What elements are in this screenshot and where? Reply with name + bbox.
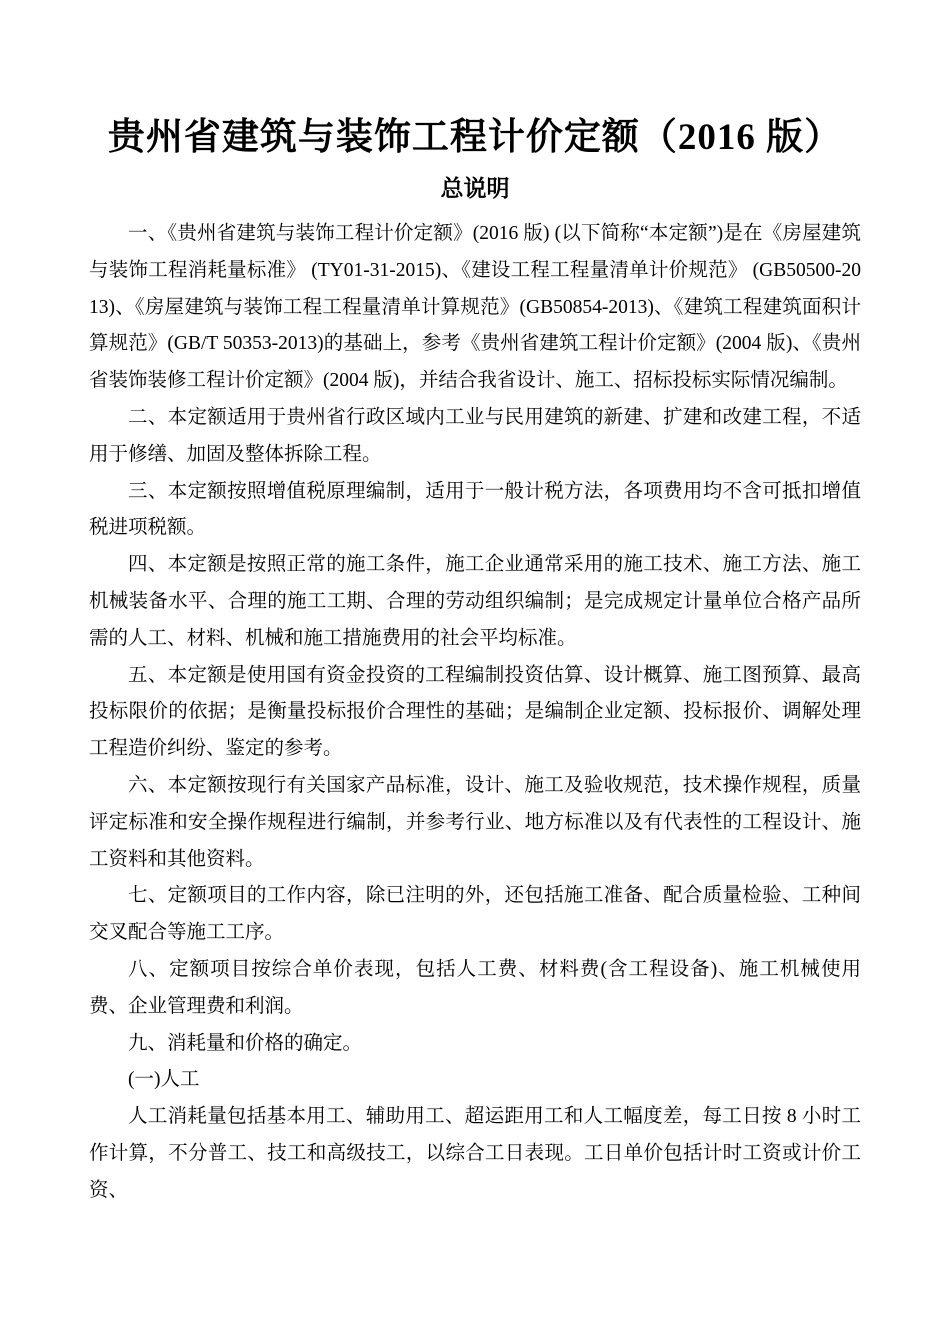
paragraph-4: 四、本定额是按照正常的施工条件，施工企业通常采用的施工技术、施工方法、施工机械装… — [89, 547, 861, 657]
paragraph-6: 六、本定额按现行有关国家产品标准，设计、施工及验收规范，技术操作规程，质量评定标… — [89, 768, 861, 878]
document-page: 贵州省建筑与装饰工程计价定额（2016 版） 总说明 一、《贵州省建筑与装饰工程… — [0, 0, 950, 1344]
paragraph-7: 七、定额项目的工作内容，除已注明的外，还包括施工准备、配合质量检验、工种间交叉配… — [89, 878, 861, 952]
paragraph-9: 九、消耗量和价格的确定。 — [89, 1026, 861, 1063]
paragraph-5: 五、本定额是使用国有资金投资的工程编制投资估算、设计概算、施工图预算、最高投标限… — [89, 658, 861, 768]
paragraph-10: (一)人工 — [89, 1062, 861, 1099]
paragraph-2: 二、本定额适用于贵州省行政区域内工业与民用建筑的新建、扩建和改建工程，不适用于修… — [89, 400, 861, 474]
document-subtitle: 总说明 — [89, 172, 861, 206]
document-body: 一、《贵州省建筑与装饰工程计价定额》(2016 版) (以下简称“本定额”)是在… — [89, 216, 861, 1210]
document-title: 贵州省建筑与装饰工程计价定额（2016 版） — [89, 112, 861, 164]
paragraph-1: 一、《贵州省建筑与装饰工程计价定额》(2016 版) (以下简称“本定额”)是在… — [89, 216, 861, 400]
paragraph-8: 八、定额项目按综合单价表现，包括人工费、材料费(含工程设备)、施工机械使用费、企… — [89, 952, 861, 1026]
paragraph-11: 人工消耗量包括基本用工、辅助用工、超运距用工和人工幅度差，每工日按 8 小时工作… — [89, 1099, 861, 1209]
paragraph-3: 三、本定额按照增值税原理编制，适用于一般计税方法，各项费用均不含可抵扣增值税进项… — [89, 474, 861, 548]
